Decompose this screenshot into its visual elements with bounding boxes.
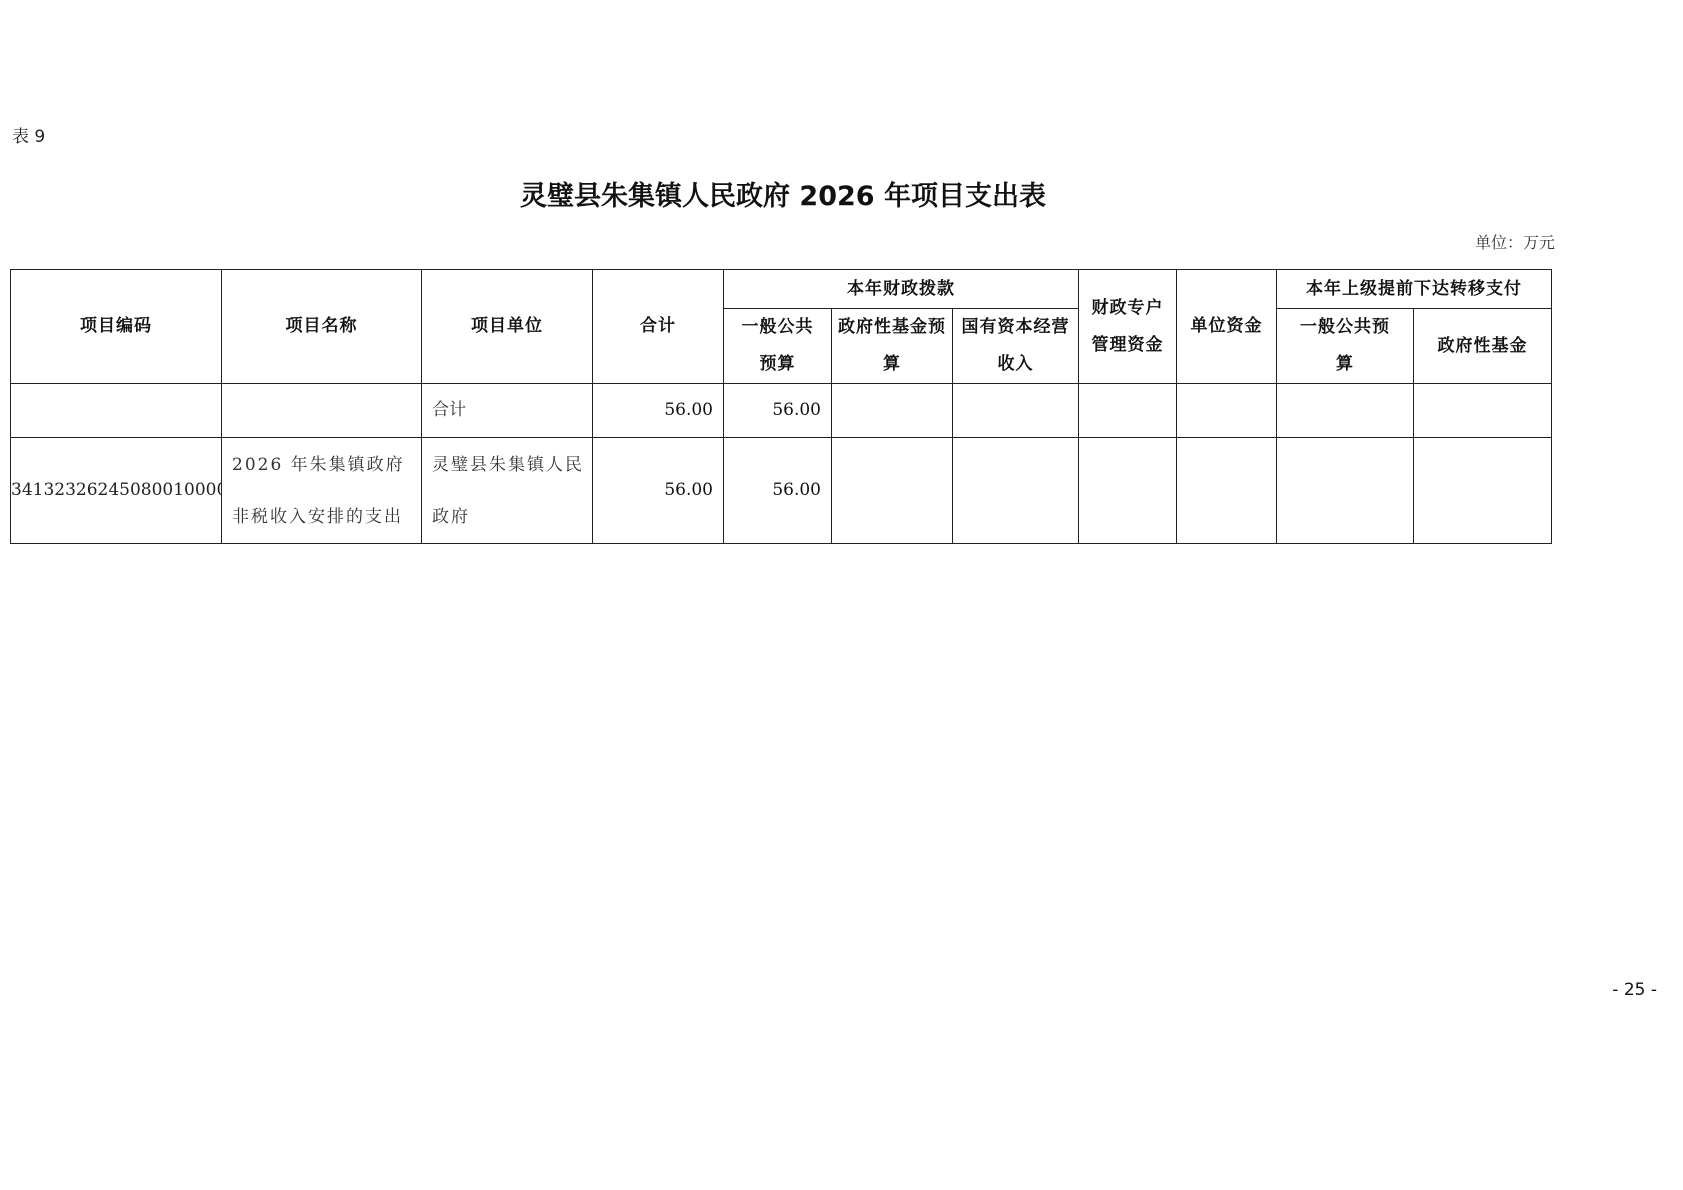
header-general-public-budget: 一般公共预算 — [724, 309, 832, 384]
cell-transfer-general-public-budget — [1277, 438, 1414, 544]
header-transfer-gov-fund: 政府性基金 — [1414, 309, 1552, 384]
cell-unit-funds — [1177, 438, 1277, 544]
cell-project-name — [222, 384, 422, 438]
cell-general-public-budget: 56.00 — [724, 384, 832, 438]
document-title: 灵璧县朱集镇人民政府 2026 年项目支出表 — [0, 174, 1566, 213]
cell-project-unit: 灵璧县朱集镇人民政府 — [422, 438, 593, 544]
table-row-project: 341323262450800100001 2026 年朱集镇政府非税收入安排的… — [11, 438, 1552, 544]
header-project-name: 项目名称 — [222, 270, 422, 384]
cell-project-code: 341323262450800100001 — [11, 438, 222, 544]
project-expenditure-table: 项目编码 项目名称 项目单位 合计 本年财政拨款 财政专户管理资金 单位资金 本… — [10, 269, 1552, 544]
unit-label: 单位：万元 — [1475, 230, 1555, 253]
cell-project-name: 2026 年朱集镇政府非税收入安排的支出 — [222, 438, 422, 544]
cell-transfer-gov-fund — [1414, 438, 1552, 544]
cell-special-account-funds — [1079, 384, 1177, 438]
table-row-total: 合计 56.00 56.00 — [11, 384, 1552, 438]
header-total: 合计 — [593, 270, 724, 384]
cell-gov-fund-budget — [832, 438, 953, 544]
cell-unit-funds — [1177, 384, 1277, 438]
cell-state-capital-income — [953, 384, 1079, 438]
cell-total: 56.00 — [593, 384, 724, 438]
header-unit-funds: 单位资金 — [1177, 270, 1277, 384]
header-project-unit: 项目单位 — [422, 270, 593, 384]
header-transfer-payment: 本年上级提前下达转移支付 — [1277, 270, 1552, 309]
cell-project-code — [11, 384, 222, 438]
header-fiscal-allocation: 本年财政拨款 — [724, 270, 1079, 309]
header-state-capital-income: 国有资本经营收入 — [953, 309, 1079, 384]
cell-total: 56.00 — [593, 438, 724, 544]
header-gov-fund-budget: 政府性基金预算 — [832, 309, 953, 384]
cell-special-account-funds — [1079, 438, 1177, 544]
cell-transfer-general-public-budget — [1277, 384, 1414, 438]
cell-gov-fund-budget — [832, 384, 953, 438]
header-special-account-funds: 财政专户管理资金 — [1079, 270, 1177, 384]
cell-state-capital-income — [953, 438, 1079, 544]
header-project-code: 项目编码 — [11, 270, 222, 384]
cell-project-unit: 合计 — [422, 384, 593, 438]
page-number: - 25 - — [1612, 980, 1657, 1000]
header-transfer-general-public-budget: 一般公共预算 — [1277, 309, 1414, 384]
cell-general-public-budget: 56.00 — [724, 438, 832, 544]
cell-transfer-gov-fund — [1414, 384, 1552, 438]
table-number-label: 表 9 — [12, 122, 45, 147]
